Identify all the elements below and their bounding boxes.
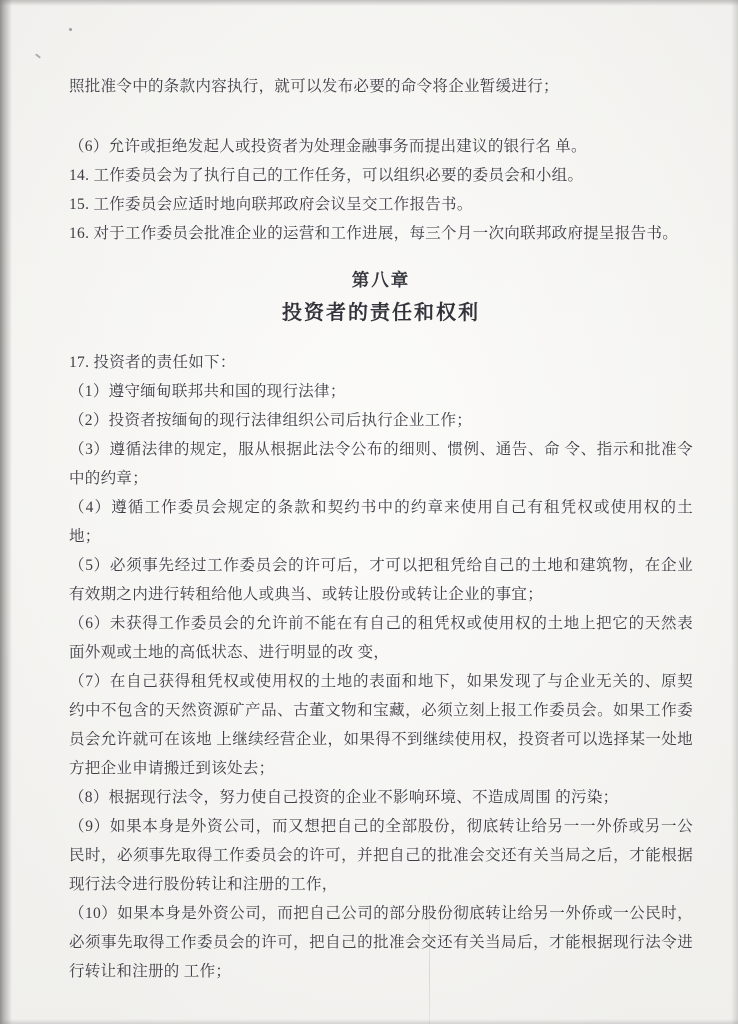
list-item-2: （2）投资者按缅甸的现行法律组织公司后执行企业工作；	[69, 406, 693, 435]
scan-edge-shadow-bottom	[0, 1019, 738, 1024]
paragraph-continuation: 照批准令中的条款内容执行，就可以发布必要的命令将企业暂缓进行；	[69, 72, 693, 101]
chapter-title: 投资者的责任和权利	[69, 298, 693, 328]
scan-edge-shadow-right	[731, 0, 738, 1024]
list-item-3: （3）遵循法律的规定，服从根据此法令公布的细则、惯例、通告、命 令、指示和批准令…	[69, 435, 693, 493]
clause-17: 17. 投资者的责任如下：	[69, 348, 693, 377]
list-item-9: （9）如果本身是外资公司，而又想把自己的全部股份，彻底转让给另一一外侨或另一公民…	[69, 812, 693, 899]
list-item-5: （5）必须事先经过工作委员会的许可后，才可以把租凭给自己的土地和建筑物，在企业有…	[69, 551, 693, 609]
document-body: 照批准令中的条款内容执行，就可以发布必要的命令将企业暂缓进行； （6）允许或拒绝…	[69, 72, 693, 986]
list-item-7: （7）在自己获得租凭权或使用权的土地的表面和地下，如果发现了与企业无关的、原契约…	[69, 667, 693, 783]
scan-edge-shadow-left	[0, 0, 12, 1024]
chapter-heading: 第八章	[69, 267, 693, 293]
scanned-page: 照批准令中的条款内容执行，就可以发布必要的命令将企业暂缓进行； （6）允许或拒绝…	[0, 0, 738, 1024]
list-item-8: （8）根据现行法令，努力使自己投资的企业不影响环境、不造成周围 的污染；	[69, 783, 693, 812]
list-item-10: （10）如果本身是外资公司，而把自己公司的部分股份彻底转让给另一外侨或一公民时，…	[69, 899, 693, 986]
clause-16: 16. 对于工作委员会批准企业的运营和工作进展，每三个月一次向联邦政府提呈报告书…	[69, 219, 693, 248]
list-item-6: （6）允许或拒绝发起人或投资者为处理金融事务而提出建议的银行名 单。	[69, 132, 693, 161]
list-item-4: （4）遵循工作委员会规定的条款和契约书中的约章来使用自己有租凭权或使用权的土地；	[69, 493, 693, 551]
list-item-1: （1）遵守缅甸联邦共和国的现行法律；	[69, 377, 693, 406]
scan-edge-shadow-top	[0, 0, 738, 6]
scan-speck	[35, 53, 41, 58]
list-item-6b: （6）未获得工作委员会的允许前不能在有自己的租凭权或使用权的土地上把它的天然表面…	[69, 609, 693, 667]
clause-14: 14. 工作委员会为了执行自己的工作任务，可以组织必要的委员会和小组。	[69, 161, 693, 190]
clause-15: 15. 工作委员会应适时地向联邦政府会议呈交工作报告书。	[69, 190, 693, 219]
scan-speck	[69, 28, 72, 31]
